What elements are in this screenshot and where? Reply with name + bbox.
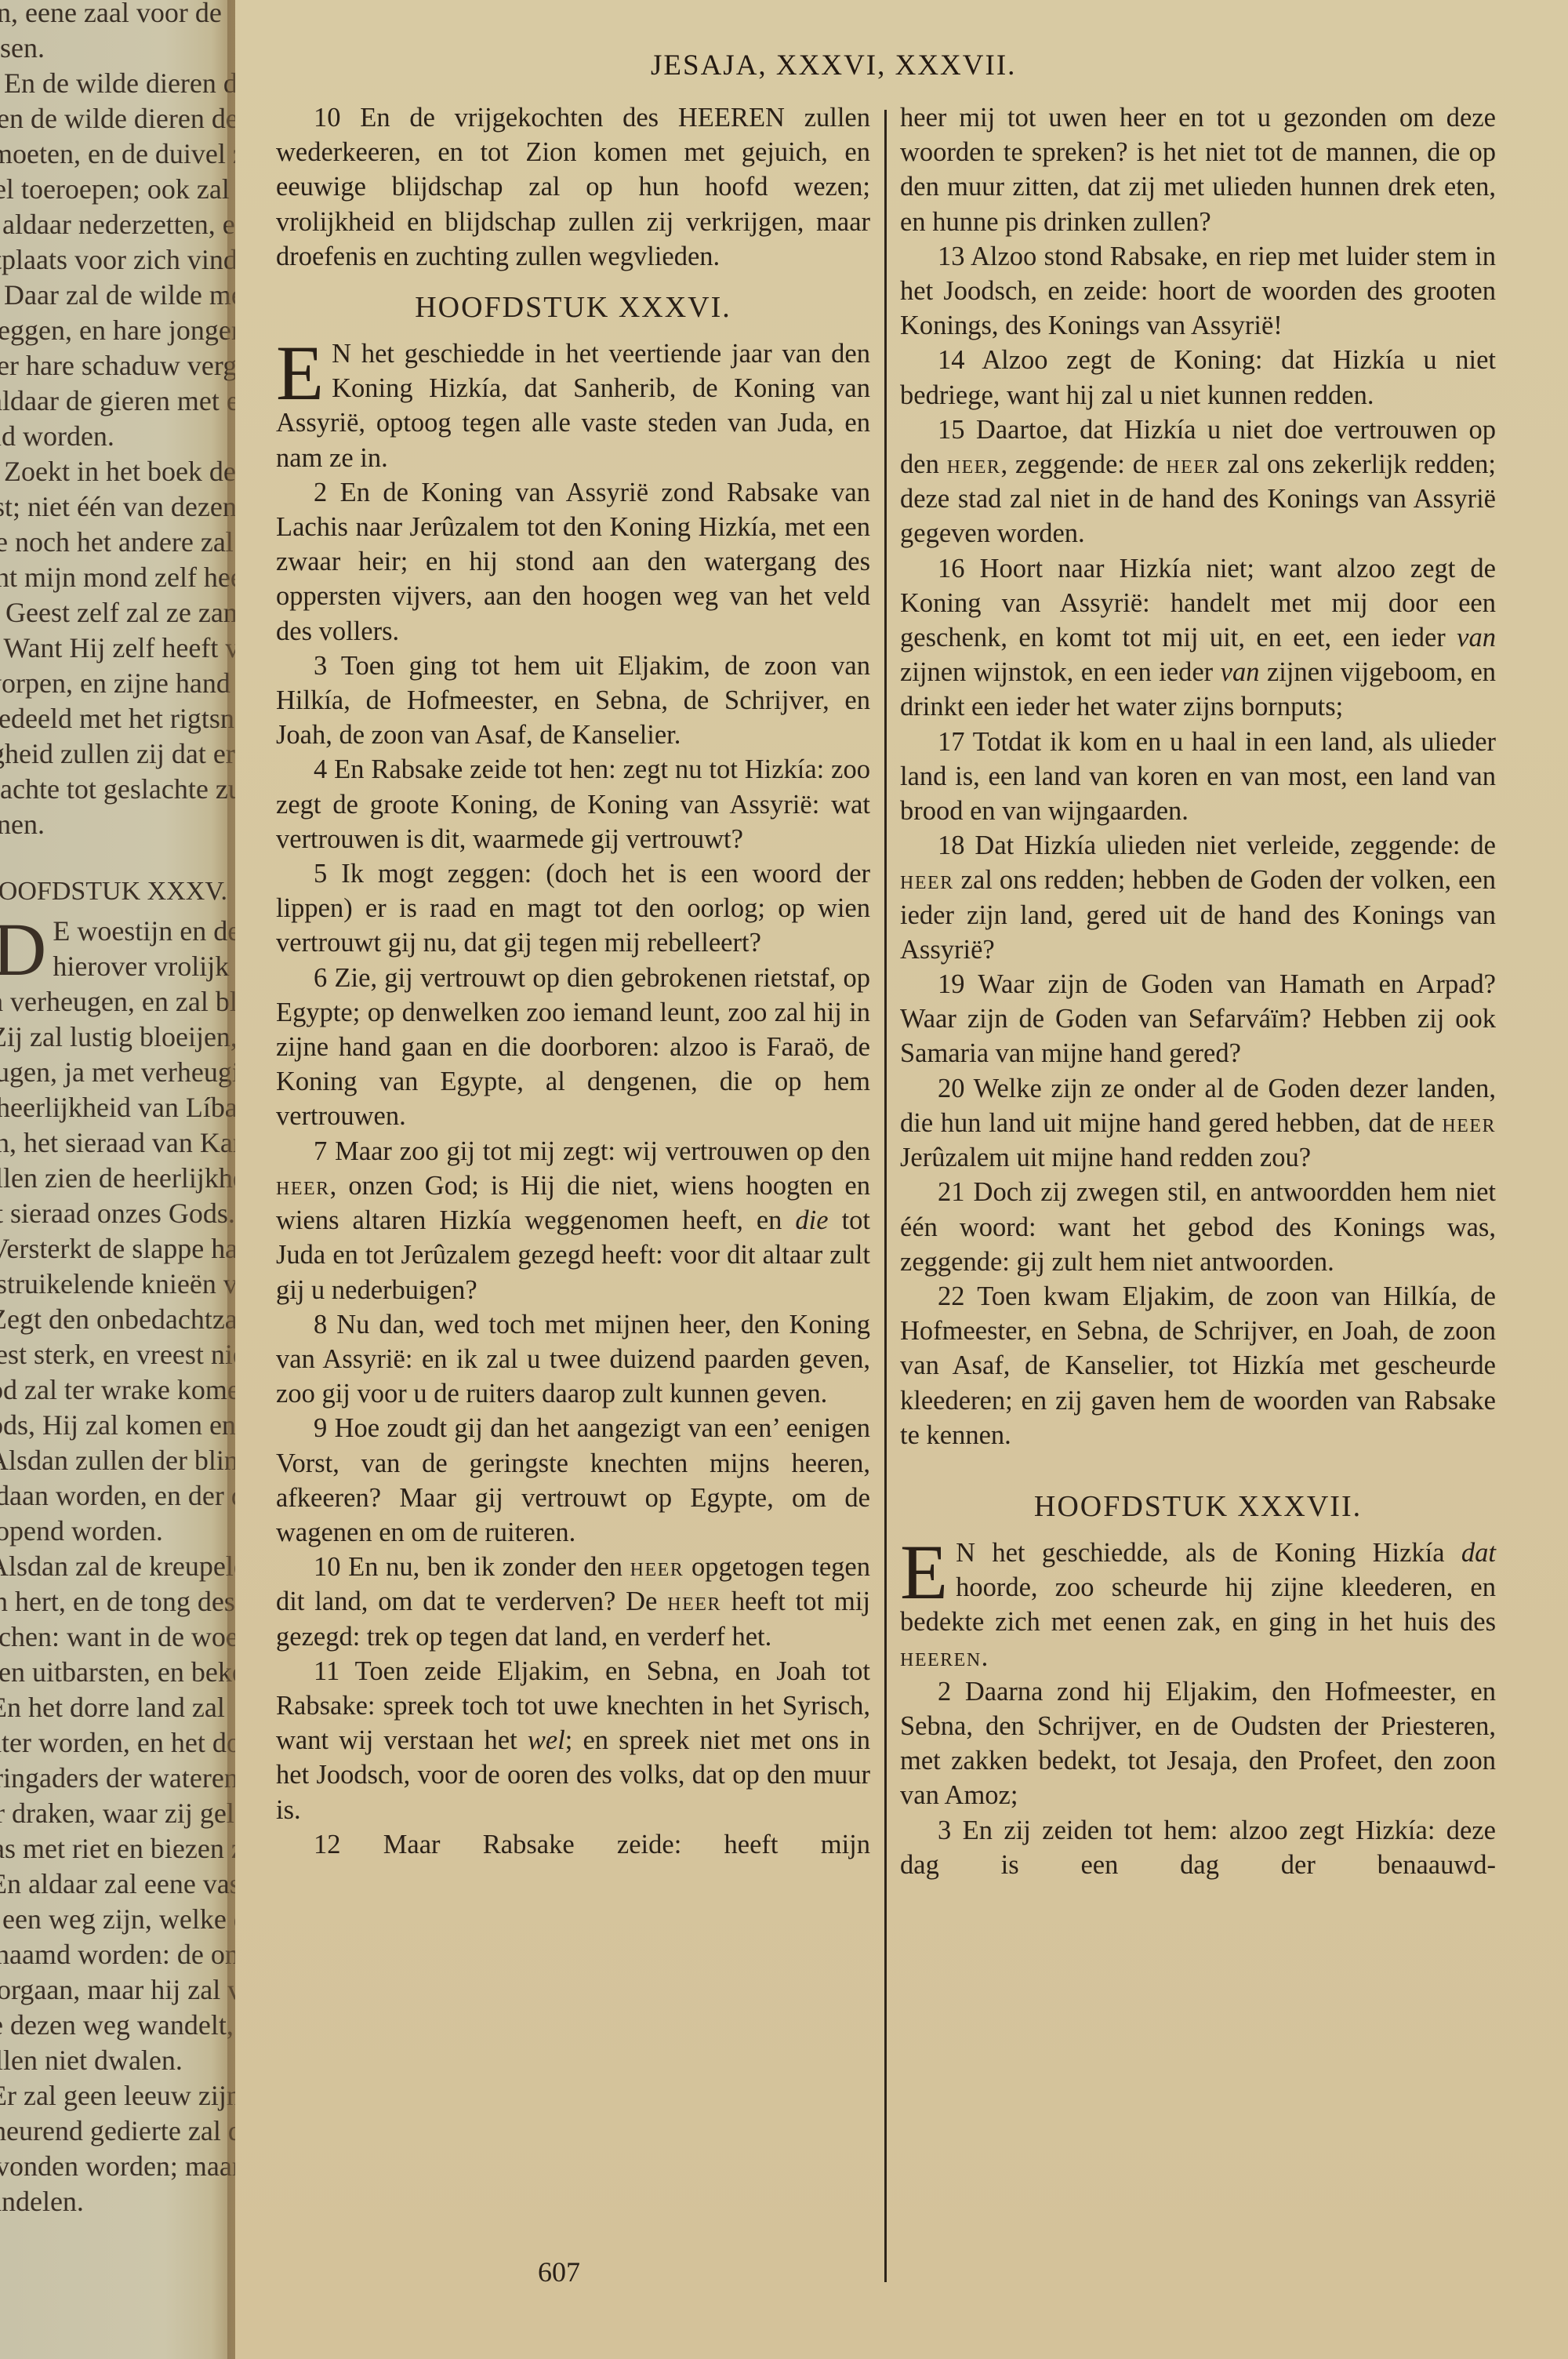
italic-word: die: [795, 1205, 828, 1235]
verse-36-1: EN het geschiedde in het veertiende jaar…: [276, 336, 870, 475]
verse-text: 18 Dat Hizkía ulieden niet verleide, zeg…: [938, 831, 1496, 860]
left-line: ruisen.: [0, 31, 235, 66]
left-line: 17 Want Hij zelf heeft voor: [0, 631, 235, 666]
left-line: die dezen weg wandelt, zelfs: [0, 2008, 235, 2043]
verse-text: N het geschiedde, als de Koning Hizkía: [956, 1538, 1461, 1568]
verse-text: , onzen God; is Hij die niet, wiens hoog…: [276, 1171, 870, 1235]
left-line: nder hare schaduw vergade-: [0, 348, 235, 383]
left-line: ijn Geest zelf zal ze zamen-: [0, 595, 235, 631]
lord-small-caps: heer: [947, 449, 1001, 479]
left-line: springaders der wateren; in: [0, 1761, 235, 1796]
verse-37-2: 2 Daarna zond hij Eljakim, den Hofmeeste…: [900, 1674, 1496, 1813]
text-column-right: heer mij tot uwen heer en tot u gezonden…: [900, 100, 1496, 1882]
verse-36-18: 18 Dat Hizkía ulieden niet verleide, zeg…: [900, 828, 1496, 967]
verse-37-3: 3 En zij zeiden tot hem: alzoo zegt Hizk…: [900, 1813, 1496, 1882]
lord-small-caps: heer: [276, 1171, 330, 1201]
verse-36-7: 7 Maar zoo gij tot mij zegt: wij vertrou…: [276, 1134, 870, 1307]
verse-35-10: 10 En de vrijgekochten des HEEREN zullen…: [276, 100, 870, 274]
italic-word: dat: [1461, 1538, 1496, 1568]
left-line: veest sterk, en vreest niet;: [0, 1337, 235, 1372]
verse-37-1: EN het geschiedde, als de Koning Hizkía …: [900, 1536, 1496, 1674]
left-line: zijn, eene zaal voor de: [0, 0, 235, 31]
italic-word: wel: [528, 1725, 565, 1755]
left-line: 7 En het dorre land zal: [0, 1690, 235, 1725]
main-page: JESAJA, XXXVI, XXXVII. 10 En de vrijgeko…: [235, 0, 1568, 2359]
verse-text: zal ons redden; hebben de Goden der volk…: [900, 865, 1496, 964]
left-line: en een weg zijn, welke de: [0, 1902, 235, 1937]
left-line: eworpen, en zijne hand heeft: [0, 666, 235, 701]
verse-text: 10 En nu, ben ik zonder den: [314, 1552, 630, 1582]
left-line: allen de wilde dieren der ei-: [0, 101, 235, 136]
verse-36-10: 10 En nu, ben ik zonder den heer opgetog…: [276, 1550, 870, 1654]
left-line: hierover vrolijk zijn, en de: [53, 949, 235, 984]
verse-text: 16 Hoort naar Hizkía niet; want alzoo ze…: [900, 554, 1496, 652]
left-line: 9 Er zal geen leeuw zijn: [0, 2078, 235, 2114]
left-line: een hert, en de tong des: [0, 1584, 235, 1619]
verse-36-12: 12 Maar Rabsake zeide: heeft mijn: [276, 1827, 870, 1862]
left-chapter-heading: HOOFDSTUK XXXV.: [0, 874, 235, 909]
verse-36-6: 6 Zie, gij vertrouwt op dien gebrokenen …: [276, 961, 870, 1134]
verse-text: 20 Welke zijn ze onder al de Goden dezer…: [900, 1074, 1496, 1138]
left-line: 15 Daar zal de wilde meê: [0, 278, 235, 313]
page-number: 607: [538, 2255, 580, 2288]
verse-text: 7 Maar zoo gij tot mij zegt: wij vertrou…: [314, 1136, 870, 1166]
left-line: gedaan worden, en der dooven: [0, 1478, 235, 1514]
lord-small-caps: heeren: [900, 1642, 982, 1672]
left-line: heugen, ja met verheuging, en: [0, 1055, 235, 1090]
verse-text: .: [982, 1642, 989, 1672]
left-line: 16 Zoekt in het boek des: [0, 454, 235, 489]
left-line: n leggen, en hare jongen: [0, 313, 235, 348]
left-line: 8 En aldaar zal eene vaste: [0, 1866, 235, 1902]
left-line: n aldaar de gieren met el-: [0, 383, 235, 419]
verse-36-12-continued: heer mij tot uwen heer en tot u gezonden…: [900, 100, 1496, 239]
dropcap-36: E: [276, 341, 324, 405]
left-line: le struikelende knieën vast.: [0, 1267, 235, 1302]
left-line: God zal ter wrake komen met de: [0, 1372, 235, 1408]
verse-36-4: 4 En Rabsake zeide tot hen: zegt nu tot …: [276, 752, 870, 856]
left-line: water worden, en het dorstige: [0, 1725, 235, 1761]
verse-text: , zeggende: de: [1000, 449, 1166, 479]
left-line: ich verheugen, en zal bloeijen als: [0, 984, 235, 1020]
verse-36-17: 17 Totdat ik kom en u haal in een land, …: [900, 725, 1496, 829]
verse-text: Jerûzalem uit mijne hand redden zou?: [900, 1143, 1311, 1172]
verse-36-16: 16 Hoort naar Hizkía niet; want alzoo ze…: [900, 551, 1496, 725]
verse-text: hoorde, zoo scheurde hij zijne kleederen…: [900, 1572, 1496, 1637]
left-line: le heerlijkheid van Líbanon is: [0, 1090, 235, 1125]
verse-36-22: 22 Toen kwam Eljakim, de zoon van Hilkía…: [900, 1279, 1496, 1452]
verse-text: zijnen wijnstok, en een ieder: [900, 657, 1221, 687]
left-line: zullen niet dwalen.: [0, 2043, 235, 2078]
verse-36-3: 3 Toen ging tot hem uit Eljakim, de zoon…: [276, 649, 870, 753]
left-line: eslachte tot geslachte zullen: [0, 772, 235, 807]
lord-small-caps: heer: [1442, 1108, 1496, 1138]
left-line: E woestijn en de dorre plaats: [53, 914, 235, 949]
lord-small-caps: heer: [1166, 449, 1220, 479]
italic-word: van: [1221, 657, 1260, 687]
left-line: het sieraad onzes Gods.: [0, 1196, 235, 1231]
left-line: itgedeeld met het rigtsnoer:: [0, 701, 235, 736]
left-line: ustplaats voor zich vinden.: [0, 242, 235, 278]
verse-36-21: 21 Doch zij zwegen stil, en antwoordden …: [900, 1175, 1496, 1279]
left-line: genaamd worden: de onreine: [0, 1937, 235, 1972]
left-line: scheurend gedierte zal daarop: [0, 2114, 235, 2149]
verse-text: N het geschiedde in het veertiende jaar …: [276, 339, 870, 473]
italic-word: van: [1457, 623, 1496, 652]
running-head: JESAJA, XXXVI, XXXVII.: [651, 49, 1356, 82]
left-line: geopend worden.: [0, 1514, 235, 1549]
left-line: 5 Alsdan zullen der blinden: [0, 1443, 235, 1478]
left-line: doorgaan, maar hij zal voor: [0, 1972, 235, 2008]
left-line: ene noch het andere zal: [0, 525, 235, 560]
chapter-heading-37: HOOFDSTUK XXXVII.: [900, 1487, 1496, 1526]
left-line: wandelen.: [0, 2184, 235, 2219]
lord-small-caps: heer: [630, 1552, 684, 1582]
text-column-left: 10 En de vrijgekochten des HEEREN zullen…: [276, 100, 870, 1862]
left-line: 6 Alsdan zal de kreupele: [0, 1549, 235, 1584]
left-line: 2 Zij zal lustig bloeijen, en: [0, 1020, 235, 1055]
left-line: ezel toeroepen; ook zal het: [0, 172, 235, 207]
left-page-text: zijn, eene zaal voor de ruisen. 14 En de…: [0, 0, 235, 2219]
left-line: ch aldaar nederzetten, en: [0, 207, 235, 242]
left-line: eest; niet één van dezen zal: [0, 489, 235, 525]
left-line: ntmoeten, en de duivel zal: [0, 136, 235, 172]
verse-36-14: 14 Alzoo zegt de Koning: dat Hizkía u ni…: [900, 343, 1496, 412]
lord-small-caps: heer: [667, 1587, 721, 1616]
left-line: 3 Versterkt de slappe handen: [0, 1231, 235, 1267]
left-chapter-start: D E woestijn en de dorre plaats hierover…: [0, 914, 235, 984]
verse-36-19: 19 Waar zijn de Goden van Hamath en Arpa…: [900, 967, 1496, 1071]
column-rule: [884, 110, 887, 2282]
left-line: teren uitbarsten, en beken in: [0, 1655, 235, 1690]
left-line: gras met riet en biezen zijn.: [0, 1831, 235, 1866]
left-line: 4 Zegt den onbedachtzamen: [0, 1302, 235, 1337]
left-line: vigheid zullen zij dat erfelijk: [0, 736, 235, 772]
verse-36-11: 11 Toen zeide Eljakim, en Sebna, en Joah…: [276, 1654, 870, 1827]
verse-36-13: 13 Alzoo stond Rabsake, en riep met luid…: [900, 239, 1496, 343]
lord-small-caps: heer: [900, 865, 954, 895]
verse-36-8: 8 Nu dan, wed toch met mijnen heer, den …: [276, 1307, 870, 1412]
left-line: der draken, waar zij gelegen: [0, 1796, 235, 1831]
verse-36-5: 5 Ik mogt zeggen: (doch het is een woord…: [276, 856, 870, 961]
left-line: gevonden worden; maar: [0, 2149, 235, 2184]
verse-36-20: 20 Welke zijn ze onder al de Goden dezer…: [900, 1071, 1496, 1176]
left-line: 14 En de wilde dieren der: [0, 66, 235, 101]
left-line: vonen.: [0, 807, 235, 842]
left-line: eeld worden.: [0, 419, 235, 454]
verse-36-15: 15 Daartoe, dat Hizkía u niet doe vertro…: [900, 413, 1496, 551]
left-line: Gods, Hij zal komen en ulieden: [0, 1408, 235, 1443]
left-line: zullen zien de heerlijkheid des: [0, 1161, 235, 1196]
left-line: ven, het sieraad van Karmel en: [0, 1125, 235, 1161]
left-line: juichen: want in de woestijn: [0, 1619, 235, 1655]
dropcap-37: E: [900, 1540, 948, 1605]
verse-36-9: 9 Hoe zoudt gij dan het aangezigt van ee…: [276, 1411, 870, 1550]
verse-36-2: 2 En de Koning van Assyrië zond Rabsake …: [276, 475, 870, 649]
left-dropcap: D: [0, 917, 46, 983]
chapter-heading-36: HOOFDSTUK XXXVI.: [276, 288, 870, 327]
left-facing-page: zijn, eene zaal voor de ruisen. 14 En de…: [0, 0, 235, 2359]
left-line: vant mijn mond zelf heeft het: [0, 560, 235, 595]
